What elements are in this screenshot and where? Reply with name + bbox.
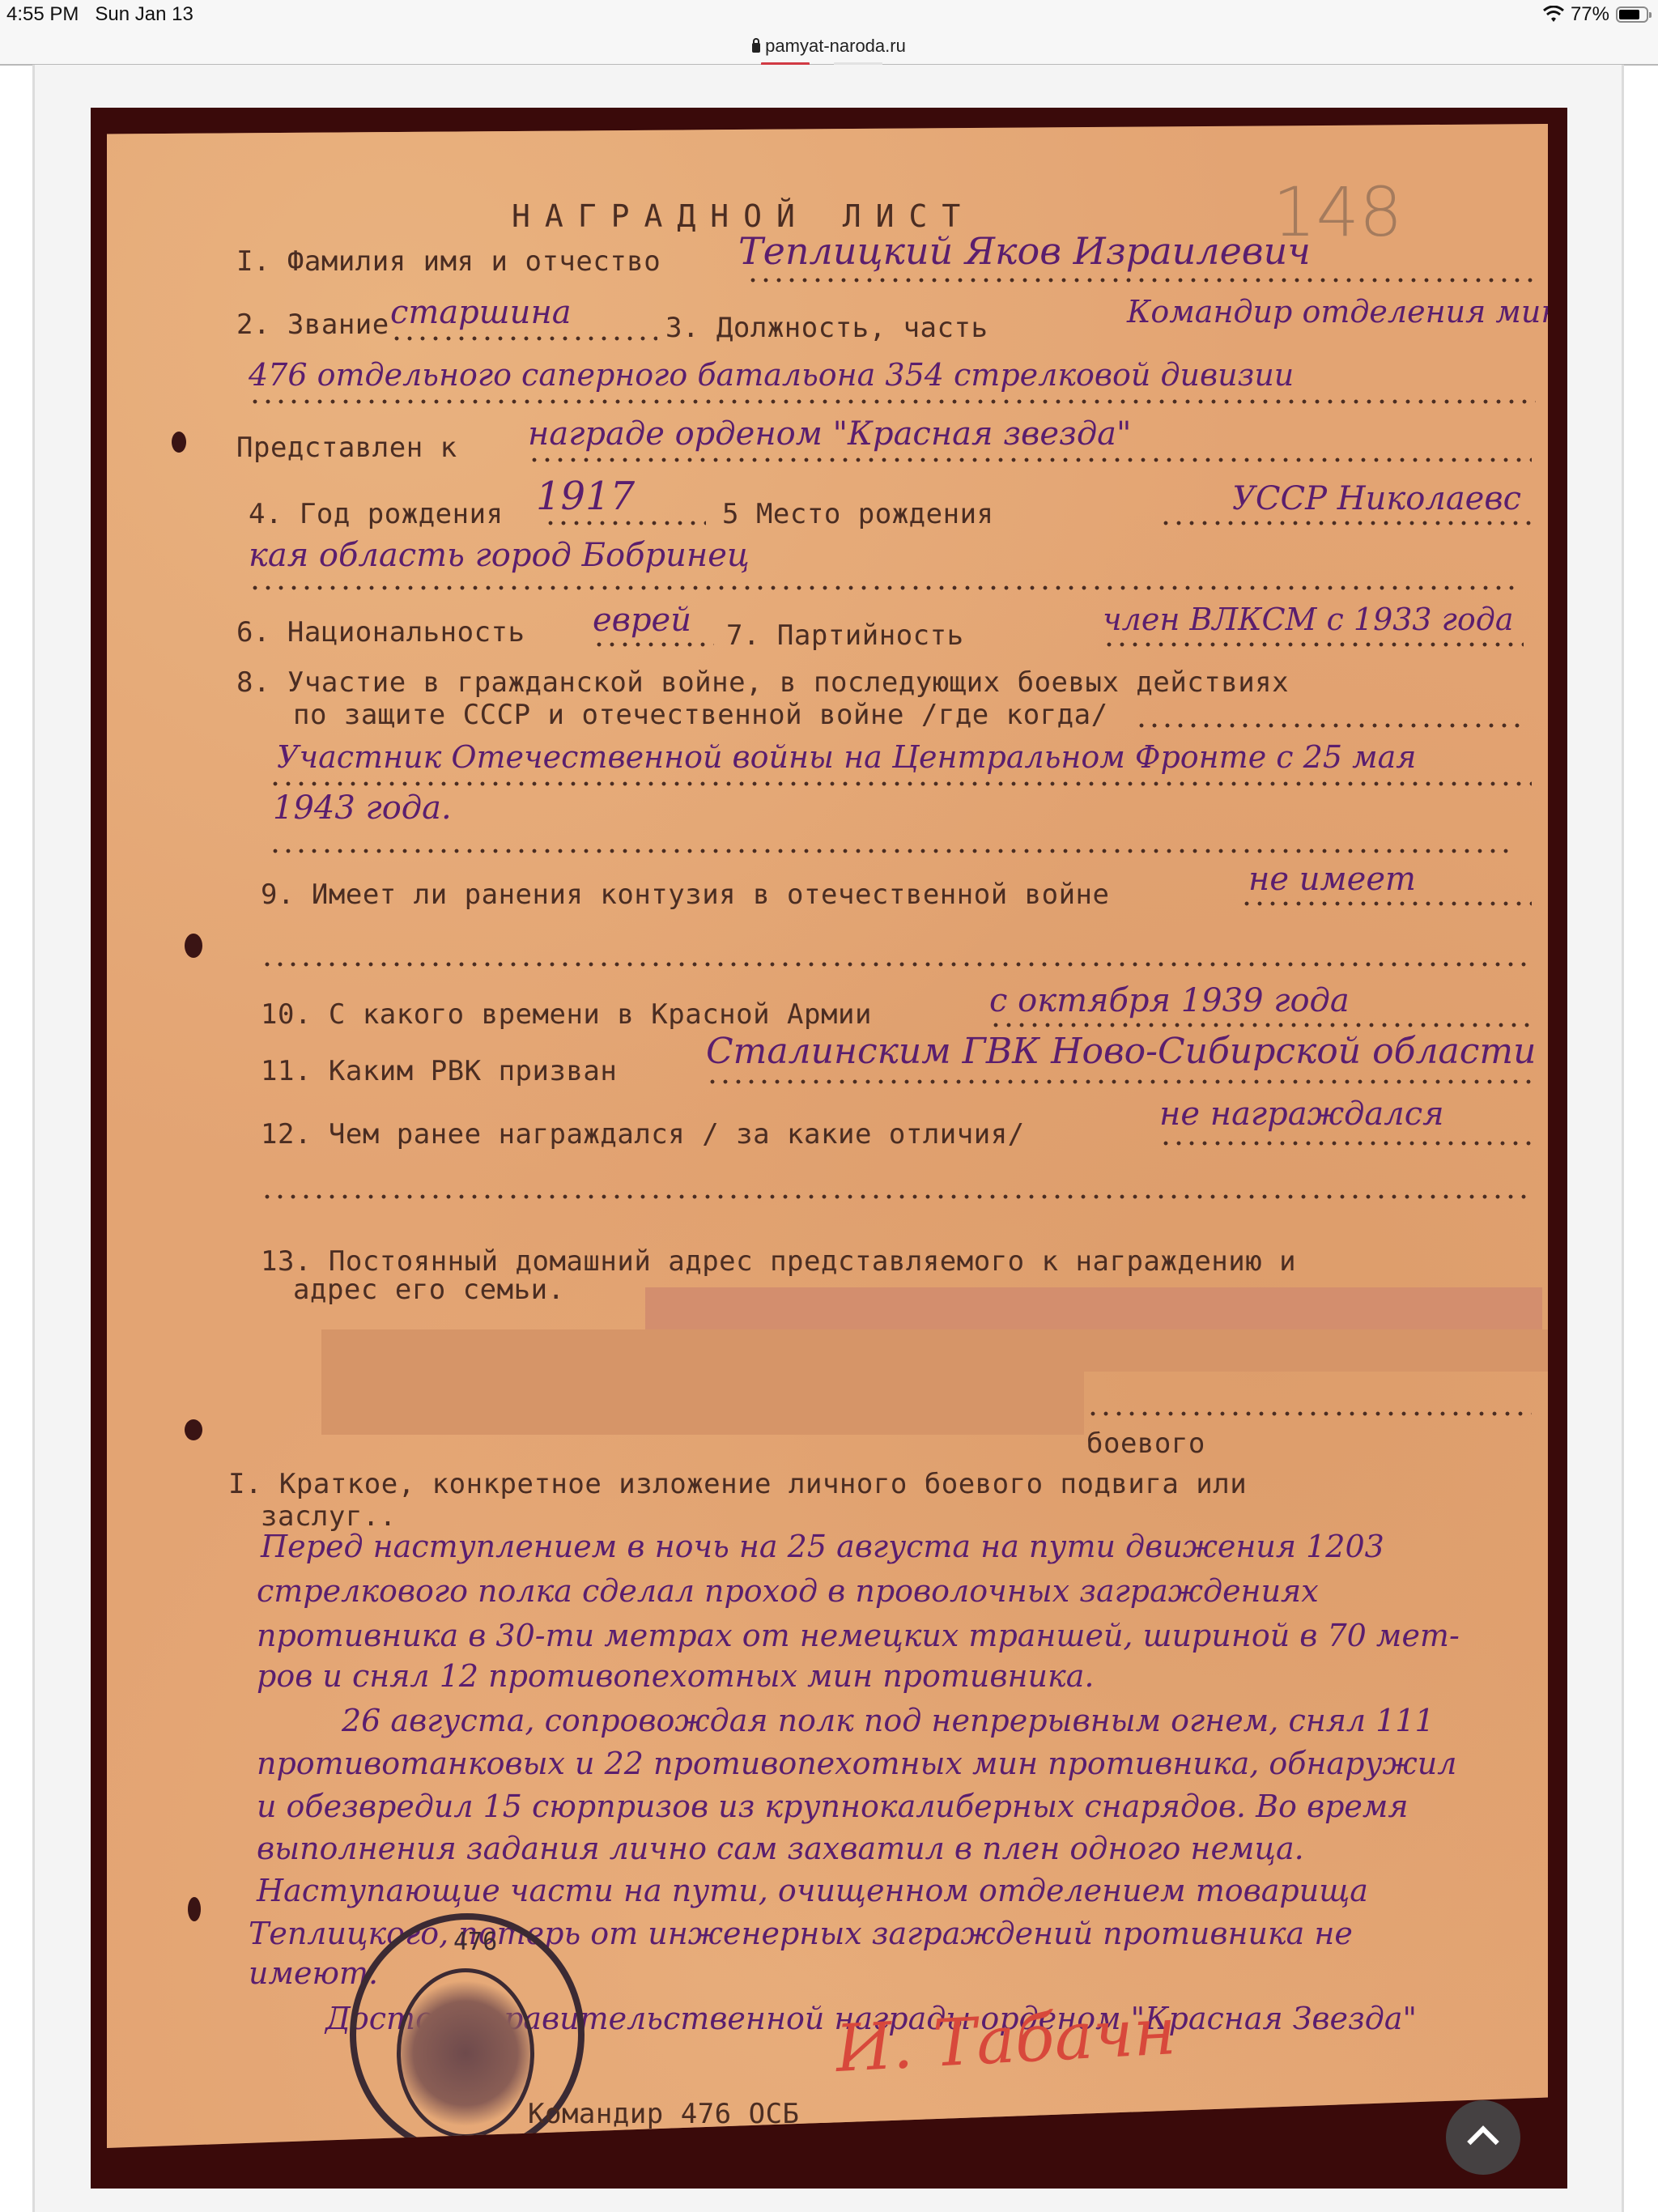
field-label-nominated: Представлен к (236, 432, 457, 464)
stamp-emblem (397, 1968, 534, 2138)
dotted-line (249, 585, 1520, 590)
dotted-line (989, 1023, 1532, 1027)
summary-line: противотанковых и 22 противопехотных мин… (257, 1746, 1456, 1781)
address-bar[interactable]: pamyat-naroda.ru (0, 36, 1658, 66)
summary-line: Перед наступлением в ночь на 25 августа … (261, 1529, 1384, 1564)
field-value-draft-office: Сталинским ГВК Ново-Сибирской области (706, 1031, 1536, 1072)
summary-line: выполнения задания лично сам захватил в … (257, 1831, 1304, 1866)
summary-line: Наступающие части на пути, очищенном отд… (257, 1873, 1368, 1908)
field-label-draft-office: 11. Каким РВК призван (261, 1055, 617, 1087)
battery-percent: 77% (1571, 3, 1609, 26)
summary-line: стрелкового полка сделал проход в провол… (257, 1573, 1319, 1609)
summary-line: противника в 30-ти метрах от немецких тр… (257, 1618, 1460, 1653)
redaction-block (645, 1287, 1542, 1329)
dotted-line (593, 642, 714, 647)
dotted-line (706, 1079, 1532, 1084)
wifi-icon (1543, 6, 1564, 23)
signature-date: "27" августа (155, 2172, 367, 2189)
dotted-line (261, 962, 1532, 967)
document-image: НАГРАДНОЙ ЛИСТ 148 I. Фамилия имя и отче… (91, 108, 1567, 2189)
field-label-birthplace: 5 Место рождения (722, 498, 994, 530)
stamp-number: 476 (453, 1928, 497, 1956)
dotted-line (1159, 1141, 1532, 1146)
signatory-title: Командир 476 ОСБ (528, 2098, 800, 2130)
dotted-line (1103, 642, 1524, 647)
dotted-line (746, 278, 1540, 283)
summary-label-cont: заслуг.. (261, 1500, 397, 1533)
field-value-birthplace-cont: кая область город Бобринец (249, 537, 750, 574)
field-value-nominated: награде орденом "Красная звезда" (528, 415, 1131, 453)
redaction-block (321, 1329, 1552, 1372)
dotted-line (249, 399, 1536, 404)
url-text[interactable]: pamyat-naroda.ru (765, 36, 906, 56)
field-label-nationality: 6. Национальность (236, 616, 525, 649)
field-value-nationality: еврей (593, 602, 691, 639)
redaction-block (321, 1372, 1084, 1435)
summary-label: I. Краткое, конкретное изложение личного… (228, 1468, 1247, 1500)
ink-blot (185, 934, 202, 958)
inserted-word: боевого (1086, 1427, 1205, 1460)
summary-line: и обезвредил 15 сюрпризов из крупнокалиб… (257, 1789, 1409, 1824)
ink-blot (185, 1419, 202, 1440)
lock-icon (752, 43, 760, 53)
status-time: 4:55 PM Sun Jan 13 (6, 3, 193, 26)
field-value-birth-year: 1917 (536, 474, 635, 519)
field-value-position-cont: 476 отдельного саперного батальона 354 с… (249, 357, 1294, 393)
field-label-address-cont: адрес его семьи. (293, 1274, 565, 1306)
signatory-rank: Майор (690, 2130, 775, 2163)
field-value-rank: старшина (390, 294, 572, 331)
ink-blot (172, 432, 186, 453)
field-value-service: с октября 1939 года (989, 982, 1350, 1019)
field-label-party: 7. Партийность (726, 619, 964, 652)
battery-icon (1616, 6, 1648, 23)
field-label-combat: 8. Участие в гражданской войне, в послед… (236, 666, 1289, 699)
dotted-line (1086, 1411, 1532, 1416)
dotted-line (1159, 521, 1532, 525)
field-label-prior-awards: 12. Чем ранее награждался / за какие отл… (261, 1118, 1025, 1151)
ios-status-bar: 4:55 PM Sun Jan 13 77% (0, 0, 1658, 36)
field-value-party: член ВЛКСМ с 1933 года (1103, 602, 1514, 637)
field-value-wounds: не имеет (1248, 861, 1416, 898)
status-right-group: 77% (1543, 3, 1648, 26)
field-label-address: 13. Постоянный домашний адрес представля… (261, 1245, 1296, 1278)
field-label-wounds: 9. Имеет ли ранения контузия в отечестве… (261, 878, 1110, 911)
dotted-line (269, 781, 1532, 786)
field-label-rank: 2. Звание (236, 308, 389, 341)
field-value-combat-cont: 1943 года. (273, 789, 452, 827)
ink-blot (188, 1897, 201, 1921)
field-label-combat-cont: по защите СССР и отечественной войне /гд… (293, 699, 1108, 731)
dotted-line (390, 336, 657, 341)
summary-line: ров и снял 12 противопехотных мин против… (257, 1658, 1094, 1694)
scroll-to-top-button[interactable] (1446, 2100, 1520, 2175)
field-value-prior-awards: не награждался (1159, 1095, 1444, 1133)
dotted-line (1240, 901, 1532, 906)
field-label-birth-year: 4. Год рождения (249, 498, 504, 530)
signatory-name: /ТАБАЧНИКОВ/ (1143, 2132, 1347, 2164)
field-value-birthplace: УССР Николаевс (1232, 480, 1521, 517)
award-sheet-paper: НАГРАДНОЙ ЛИСТ 148 I. Фамилия имя и отче… (107, 124, 1548, 2148)
dotted-line (544, 521, 706, 525)
dotted-line (261, 1194, 1532, 1199)
chevron-up-icon (1467, 2125, 1499, 2158)
dotted-line (1135, 723, 1524, 728)
summary-line: 26 августа, сопровождая полк под непреры… (342, 1703, 1435, 1738)
dotted-line (269, 849, 1516, 853)
field-value-name: Теплицкий Яков Израилевич (738, 229, 1311, 273)
dotted-line (528, 457, 1532, 462)
field-value-combat: Участник Отечественной войны на Централь… (277, 739, 1416, 775)
field-label-name: I. Фамилия имя и отчество (236, 245, 661, 278)
field-value-position: Командир отделения минер (1127, 294, 1567, 330)
footer-caption-cutoff (78, 2204, 1575, 2212)
field-label-service: 10. С какого времени в Красной Армии (261, 998, 872, 1031)
field-label-position: 3. Должность, часть (665, 312, 988, 344)
